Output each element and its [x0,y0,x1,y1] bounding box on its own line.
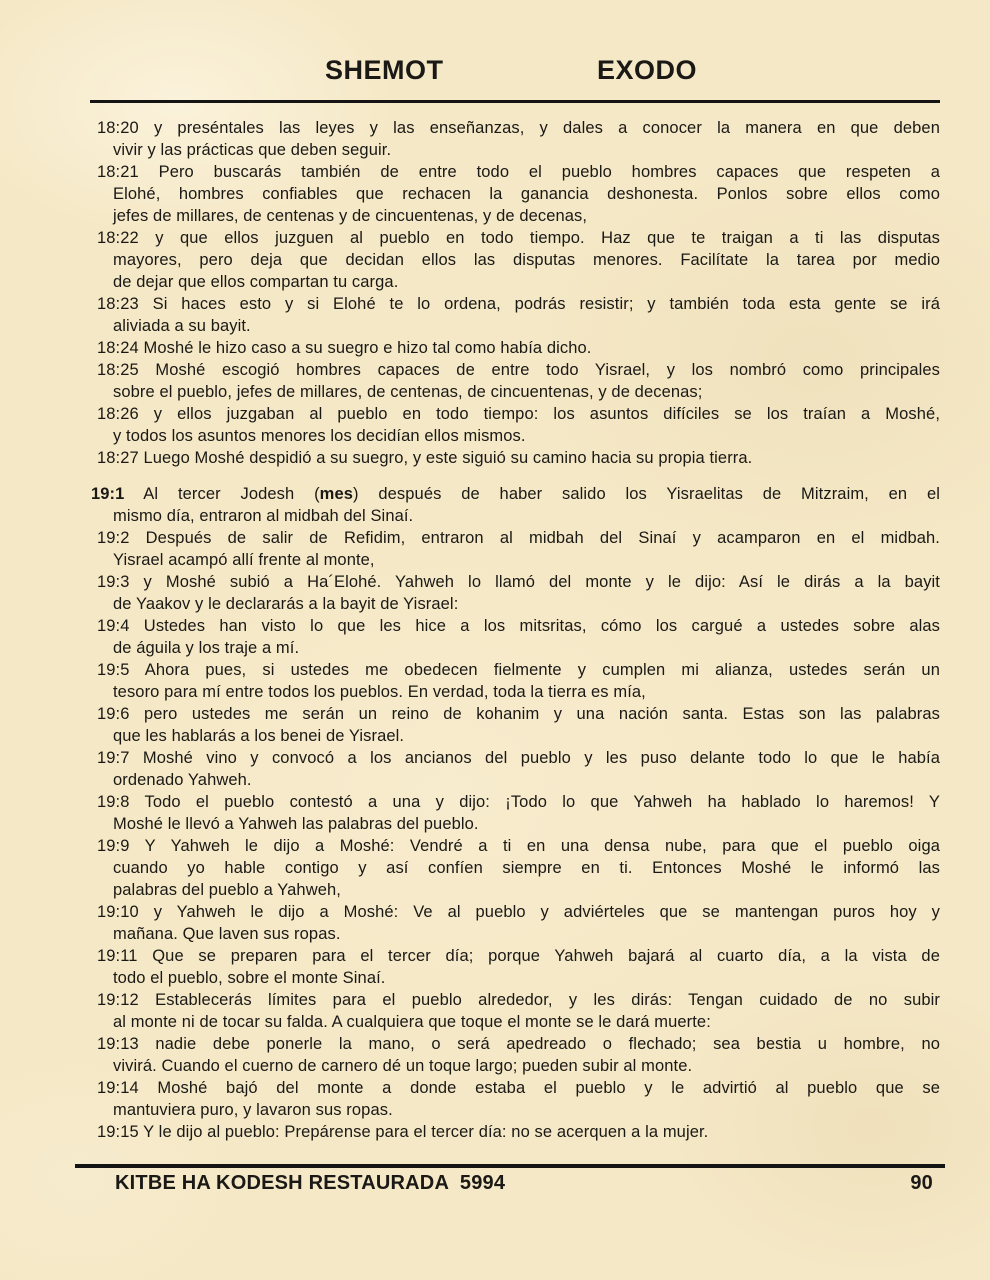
verse-line: mantuviera puro, y lavaron sus ropas. [97,1099,940,1121]
verse-line: tesoro para mí entre todos los pueblos. … [97,681,940,703]
verse-line: 19:10 y Yahweh le dijo a Moshé: Ve al pu… [97,901,940,923]
verse-number: 18:25 [97,361,139,379]
verse-19-1: 19:1 Al tercer Jodesh (mes) después de h… [97,483,940,527]
verse-number: 19:3 [97,573,130,591]
verse-line: que les hablarás a los benei de Yisrael. [97,725,940,747]
verse-number: 19:6 [97,705,130,723]
verse-number: 18:23 [97,295,139,313]
verse-line: y todos los asuntos menores los decidían… [97,425,940,447]
verse-line: cuando yo hable contigo y así confíen si… [97,857,940,879]
verse-line: 19:8 Todo el pueblo contestó a una y dij… [97,791,940,813]
verse-19-13: 19:13 nadie debe ponerle la mano, o será… [97,1033,940,1077]
verse-line: 18:22 y que ellos juzguen al pueblo en t… [97,227,940,249]
verse-number: 19:8 [97,793,130,811]
verse-line: 19:12 Establecerás límites para el puebl… [97,989,940,1011]
verse-18-26: 18:26 y ellos juzgaban al pueblo en todo… [97,403,940,447]
verse-line: todo el pueblo, sobre el monte Sinaí. [97,967,940,989]
verse-number: 18:20 [97,119,139,137]
verse-18-24: 18:24 Moshé le hizo caso a su suegro e h… [97,337,940,359]
verse-19-5: 19:5 Ahora pues, si ustedes me obedecen … [97,659,940,703]
verse-line: 19:2 Después de salir de Refidim, entrar… [97,527,940,549]
verse-19-6: 19:6 pero ustedes me serán un reino de k… [97,703,940,747]
verse-number: 19:14 [97,1079,139,1097]
verse-line: ordenado Yahweh. [97,769,940,791]
chapter-18: 18:20 y preséntales las leyes y las ense… [97,117,940,469]
verse-18-27: 18:27 Luego Moshé despidió a su suegro, … [97,447,940,469]
verse-line: de águila y los traje a mí. [97,637,940,659]
verse-line: jefes de millares, de centenas y de cinc… [97,205,940,227]
verse-number: 18:27 [97,449,139,467]
verse-line: 19:6 pero ustedes me serán un reino de k… [97,703,940,725]
verse-number: 19:12 [97,991,139,1009]
verse-19-10: 19:10 y Yahweh le dijo a Moshé: Ve al pu… [97,901,940,945]
verse-line: vivirá. Cuando el cuerno de carnero dé u… [97,1055,940,1077]
scripture-text: 18:20 y preséntales las leyes y las ense… [97,117,940,1143]
verse-19-4: 19:4 Ustedes han visto lo que les hice a… [97,615,940,659]
verse-line: 18:27 Luego Moshé despidió a su suegro, … [97,447,940,469]
verse-number: 19:5 [97,661,130,679]
verse-line: sobre el pueblo, jefes de millares, de c… [97,381,940,403]
chapter-19: 19:1 Al tercer Jodesh (mes) después de h… [97,483,940,1143]
verse-19-14: 19:14 Moshé bajó del monte a donde estab… [97,1077,940,1121]
verse-line: 19:9 Y Yahweh le dijo a Moshé: Vendré a … [97,835,940,857]
verse-19-9: 19:9 Y Yahweh le dijo a Moshé: Vendré a … [97,835,940,901]
verse-18-21: 18:21 Pero buscarás también de entre tod… [97,161,940,227]
verse-number: 18:24 [97,339,139,357]
verse-line: mañana. Que laven sus ropas. [97,923,940,945]
verse-line: 18:25 Moshé escogió hombres capaces de e… [97,359,940,381]
verse-number: 19:10 [97,903,139,921]
verse-line: Yisrael acampó allí frente al monte, [97,549,940,571]
verse-line: 19:4 Ustedes han visto lo que les hice a… [97,615,940,637]
verse-number: 19:13 [97,1035,139,1053]
verse-19-11: 19:11 Que se preparen para el tercer día… [97,945,940,989]
verse-line: 19:14 Moshé bajó del monte a donde estab… [97,1077,940,1099]
verse-19-7: 19:7 Moshé vino y convocó a los ancianos… [97,747,940,791]
verse-19-15: 19:15 Y le dijo al pueblo: Prepárense pa… [97,1121,940,1143]
verse-line: vivir y las prácticas que deben seguir. [97,139,940,161]
verse-19-2: 19:2 Después de salir de Refidim, entrar… [97,527,940,571]
verse-line: 19:13 nadie debe ponerle la mano, o será… [97,1033,940,1055]
verse-line: mismo día, entraron al midbah del Sinaí. [97,505,940,527]
verse-number: 19:15 [97,1123,139,1141]
verse-line: 18:23 Si haces esto y si Elohé te lo ord… [97,293,940,315]
verse-line: de dejar que ellos compartan tu carga. [97,271,940,293]
footer-edition: KITBE HA KODESH RESTAURADA 5994 [115,1172,505,1195]
verse-number: 18:22 [97,229,139,247]
verse-19-12: 19:12 Establecerás límites para el puebl… [97,989,940,1033]
verse-number: 19:4 [97,617,130,635]
verse-line: 19:7 Moshé vino y convocó a los ancianos… [97,747,940,769]
verse-line: palabras del pueblo a Yahweh, [97,879,940,901]
verse-line: al monte ni de tocar su falda. A cualqui… [97,1011,940,1033]
verse-number: 19:2 [97,529,130,547]
verse-line: aliviada a su bayit. [97,315,940,337]
verse-number: 18:26 [97,405,139,423]
book-title-exodo: EXODO [597,55,697,86]
verse-18-20: 18:20 y preséntales las leyes y las ense… [97,117,940,161]
verse-number: 19:1 [91,485,124,503]
verse-line: 18:21 Pero buscarás también de entre tod… [97,161,940,183]
verse-line: 18:24 Moshé le hizo caso a su suegro e h… [97,337,940,359]
verse-19-8: 19:8 Todo el pueblo contestó a una y dij… [97,791,940,835]
verse-18-22: 18:22 y que ellos juzguen al pueblo en t… [97,227,940,293]
page-footer: KITBE HA KODESH RESTAURADA 5994 90 [115,1172,933,1195]
verse-line: 18:26 y ellos juzgaban al pueblo en todo… [97,403,940,425]
verse-number: 19:9 [97,837,130,855]
verse-line: 19:11 Que se preparen para el tercer día… [97,945,940,967]
footer-rule [75,1164,945,1168]
verse-line: 19:5 Ahora pues, si ustedes me obedecen … [97,659,940,681]
footer-page-number: 90 [910,1172,933,1195]
verse-18-23: 18:23 Si haces esto y si Elohé te lo ord… [97,293,940,337]
verse-number: 19:7 [97,749,130,767]
verse-18-25: 18:25 Moshé escogió hombres capaces de e… [97,359,940,403]
verse-number: 18:21 [97,163,139,181]
book-title-shemot: SHEMOT [325,55,444,86]
verse-line: 18:20 y preséntales las leyes y las ense… [97,117,940,139]
verse-19-3: 19:3 y Moshé subió a Ha´Elohé. Yahweh lo… [97,571,940,615]
header-rule [90,100,940,103]
verse-line: Elohé, hombres confiables que rechacen l… [97,183,940,205]
verse-number: 19:11 [97,947,138,965]
verse-line: Moshé le llevó a Yahweh las palabras del… [97,813,940,835]
verse-line: 19:1 Al tercer Jodesh (mes) después de h… [91,483,940,505]
verse-line: 19:3 y Moshé subió a Ha´Elohé. Yahweh lo… [97,571,940,593]
verse-line: 19:15 Y le dijo al pueblo: Prepárense pa… [97,1121,940,1143]
verse-line: mayores, pero deja que decidan ellos las… [97,249,940,271]
page-header: SHEMOT EXODO [0,55,990,89]
document-page: SHEMOT EXODO 18:20 y preséntales las ley… [0,0,990,1280]
verse-line: de Yaakov y le declararás a la bayit de … [97,593,940,615]
